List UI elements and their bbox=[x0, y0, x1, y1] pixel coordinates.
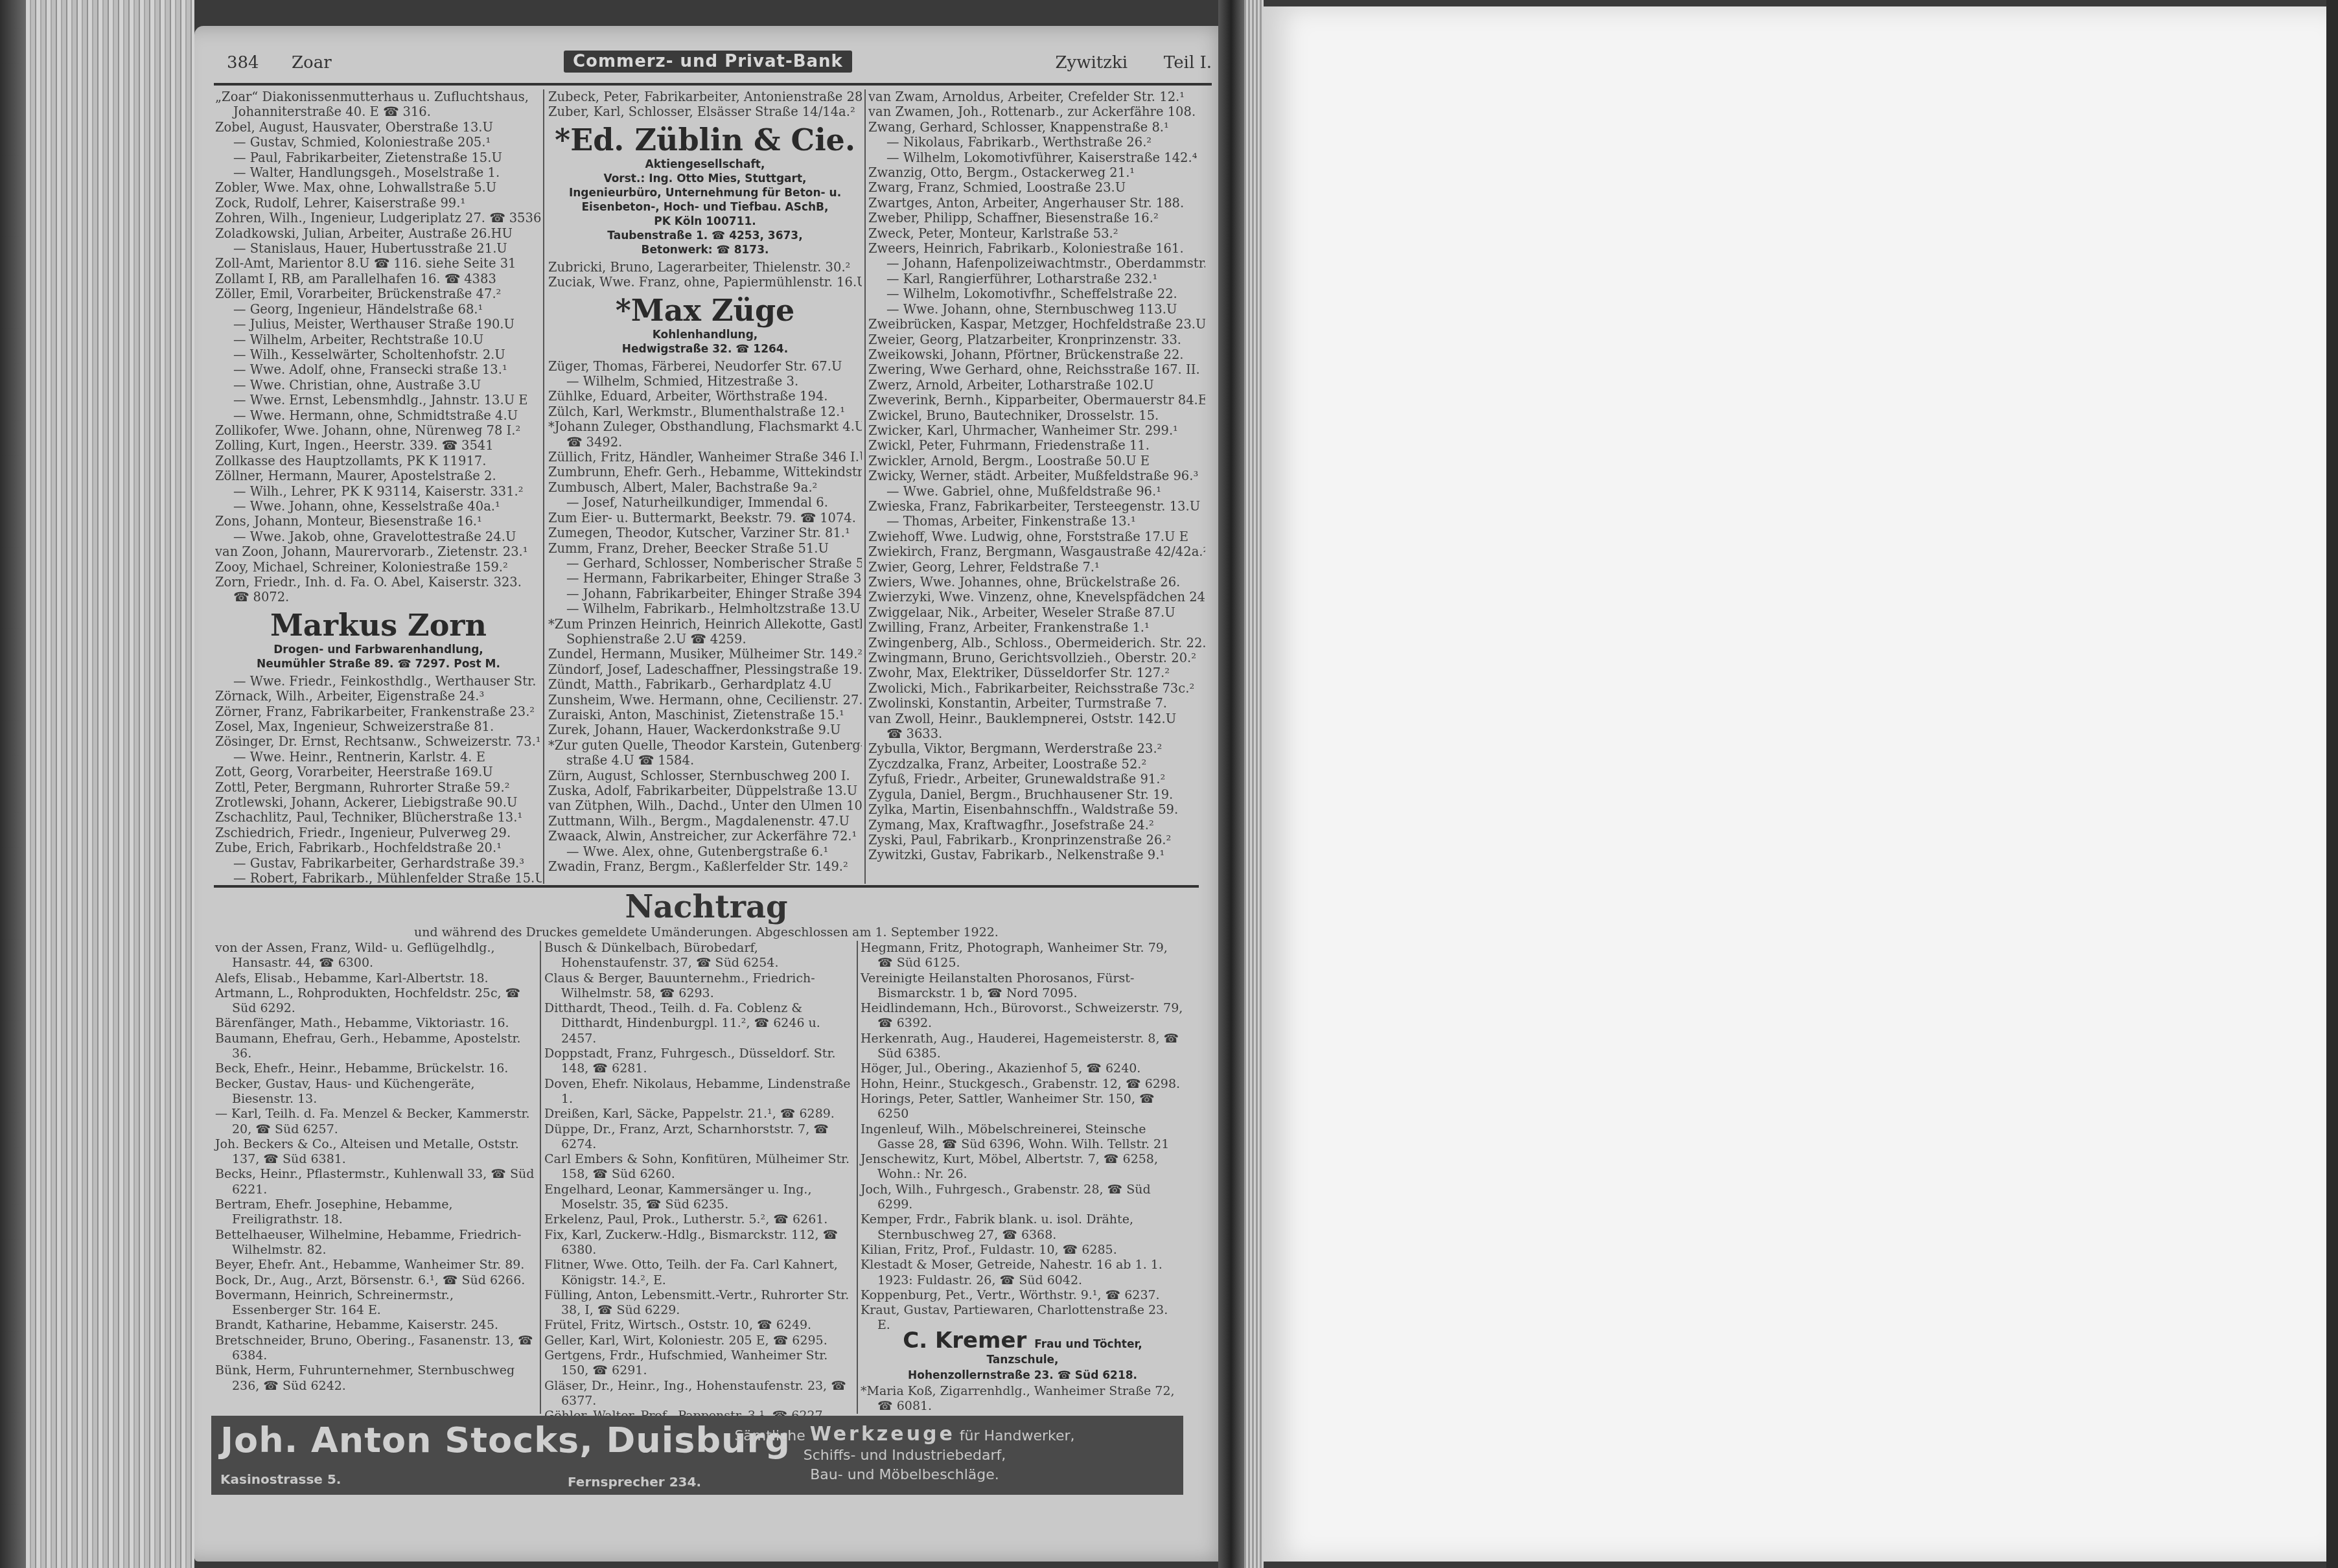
ad-services-line2: Schiffs- und Industriebedarf, bbox=[804, 1447, 1006, 1464]
directory-entry: — Wilhelm, Arbeiter, Rechtstraße 10.U bbox=[215, 332, 542, 347]
directory-entry: — Walter, Handlungsgeh., Moselstraße 1. bbox=[215, 165, 542, 180]
nachtrag-entry: Bünk, Herm, Fuhrunternehmer, Sternbuschw… bbox=[215, 1363, 535, 1394]
ad-line: Hohenzollernstraße 23. ☎ Süd 6218. bbox=[908, 1369, 1137, 1382]
directory-entry: — Paul, Fabrikarbeiter, Zietenstraße 15.… bbox=[215, 150, 542, 165]
directory-entry: Zösinger, Dr. Ernst, Rechtsanw., Schweiz… bbox=[215, 734, 542, 749]
directory-entry: Zollkasse des Hauptzollamts, PK K 11917. bbox=[215, 454, 542, 468]
directory-entry: Zöllner, Hermann, Maurer, Apostelstraße … bbox=[215, 468, 542, 483]
nachtrag-column-2: Busch & Dünkelbach, Bürobedarf, Hohensta… bbox=[544, 941, 854, 1424]
directory-entry: Zwolinski, Konstantin, Arbeiter, Turmstr… bbox=[868, 696, 1205, 711]
directory-entry: Zühlke, Eduard, Arbeiter, Wörthstraße 19… bbox=[548, 389, 862, 404]
nachtrag-entry: Claus & Berger, Bauunternehm., Friedrich… bbox=[544, 971, 854, 1002]
nachtrag-entry: Erkelenz, Paul, Prok., Lutherstr. 5.², ☎… bbox=[544, 1212, 854, 1227]
ad-line: Neumühler Straße 89. ☎ 7297. Post M. bbox=[215, 657, 542, 671]
directory-entry: — Wwe. Christian, ohne, Austraße 3.U bbox=[215, 378, 542, 393]
ad-services-line3: Bau- und Möbelbeschläge. bbox=[810, 1467, 999, 1483]
book-page-edges bbox=[0, 0, 194, 1568]
directory-entry: — Gerhard, Schlosser, Nomberischer Straß… bbox=[548, 556, 862, 571]
directory-entry: — Wwe. Alex, ohne, Gutenbergstraße 6.¹ bbox=[548, 844, 862, 859]
directory-entry: Zumbusch, Albert, Maler, Bachstraße 9a.² bbox=[548, 480, 862, 495]
nachtrag-entry: Horings, Peter, Sattler, Wanheimer Str. … bbox=[861, 1092, 1185, 1122]
directory-entry: — Wwe. Jakob, ohne, Gravelottestraße 24.… bbox=[215, 529, 542, 544]
bottom-advertisement: Joh. Anton Stocks, Duisburg Kasinostrass… bbox=[211, 1416, 1183, 1495]
ad-phone: Fernsprecher 234. bbox=[568, 1474, 701, 1490]
ad-title: C. Kremer bbox=[903, 1328, 1034, 1354]
directory-entry: *Zum Prinzen Heinrich, Heinrich Allekott… bbox=[548, 617, 862, 647]
nachtrag-entry: Fix, Karl, Zuckerw.-Hdlg., Bismarckstr. … bbox=[544, 1228, 854, 1258]
ad-firm-name: Joh. Anton Stocks, Duisburg bbox=[220, 1420, 791, 1460]
nachtrag-entry: Doven, Ehefr. Nikolaus, Hebamme, Lindens… bbox=[544, 1077, 854, 1107]
nachtrag-entry: Klestadt & Moser, Getreide, Nahestr. 16 … bbox=[861, 1258, 1185, 1288]
nachtrag-entry: von der Assen, Franz, Wild- u. Geflügelh… bbox=[215, 941, 535, 971]
directory-entry: Züger, Thomas, Färberei, Neudorfer Str. … bbox=[548, 359, 862, 374]
directory-entry: Zosel, Max, Ingenieur, Schweizerstraße 8… bbox=[215, 719, 542, 734]
nachtrag-entry: Hegmann, Fritz, Photograph, Wanheimer St… bbox=[861, 941, 1185, 971]
directory-entry: — Stanislaus, Hauer, Hubertusstraße 21.U bbox=[215, 241, 542, 256]
directory-entry: — Thomas, Arbeiter, Finkenstraße 13.¹ bbox=[868, 514, 1205, 529]
nachtrag-entry: Baumann, Ehefrau, Gerh., Hebamme, Aposte… bbox=[215, 1032, 535, 1062]
directory-entry: Zyczdzalka, Franz, Arbeiter, Loostraße 5… bbox=[868, 757, 1205, 772]
first-keyword: Zoar bbox=[292, 53, 332, 73]
directory-entry: — Hermann, Fabrikarbeiter, Ehinger Straß… bbox=[548, 571, 862, 586]
directory-column-2: Zubeck, Peter, Fabrikarbeiter, Antoniens… bbox=[548, 89, 862, 874]
nachtrag-entry: Artmann, L., Rohprodukten, Hochfeldstr. … bbox=[215, 986, 535, 1017]
ad-line: Ingenieurbüro, Unternehmung für Beton- u… bbox=[548, 186, 862, 200]
nachtrag-entry: Kemper, Frdr., Fabrik blank. u. isol. Dr… bbox=[861, 1212, 1185, 1243]
ad-line: Vorst.: Ing. Otto Mies, Stuttgart, bbox=[548, 172, 862, 186]
header-rule bbox=[214, 83, 1212, 86]
directory-entry: Zweikowski, Johann, Pförtner, Brückenstr… bbox=[868, 347, 1205, 362]
directory-entry: Zubeck, Peter, Fabrikarbeiter, Antoniens… bbox=[548, 89, 862, 104]
nachtrag-entry: Ingenleuf, Wilh., Möbelschreinerei, Stei… bbox=[861, 1122, 1185, 1153]
nachtrag-entry: Beck, Ehefr., Heinr., Hebamme, Brückelst… bbox=[215, 1061, 535, 1076]
ad-line: Aktiengesellschaft, bbox=[548, 157, 862, 172]
directory-entry: Zörnack, Wilh., Arbeiter, Eigenstraße 24… bbox=[215, 689, 542, 704]
directory-entry: Zwartges, Anton, Arbeiter, Angerhauser S… bbox=[868, 196, 1205, 211]
book-gutter bbox=[1218, 0, 1244, 1568]
nachtrag-entry: Düppe, Dr., Franz, Arzt, Scharnhorststr.… bbox=[544, 1122, 854, 1153]
directory-entry: Zweier, Georg, Platzarbeiter, Kronprinze… bbox=[868, 332, 1205, 347]
directory-entry: Zohren, Wilh., Ingenieur, Ludgeriplatz 2… bbox=[215, 211, 542, 225]
directory-entry: Zwohr, Max, Elektriker, Düsseldorfer Str… bbox=[868, 665, 1205, 680]
directory-entry: — Wilhelm, Fabrikarb., Helmholtzstraße 1… bbox=[548, 601, 862, 616]
directory-entry: Zwiehoff, Wwe. Ludwig, ohne, Forststraße… bbox=[868, 529, 1205, 544]
nachtrag-entry: Flitner, Wwe. Otto, Teilh. der Fa. Carl … bbox=[544, 1258, 854, 1288]
ad-title: *Ed. Züblin & Cie. bbox=[548, 122, 862, 157]
nachtrag-entry: Dreißen, Karl, Säcke, Pappelstr. 21.¹, ☎… bbox=[544, 1107, 854, 1122]
directory-entry: Zoladkowski, Julian, Arbeiter, Austraße … bbox=[215, 226, 542, 241]
entry-continuation: ☎ 8072. bbox=[215, 590, 542, 605]
entry-continuation: ☎ 3492. bbox=[548, 435, 862, 450]
column-divider bbox=[864, 89, 866, 884]
nachtrag-heading: Nachtrag bbox=[214, 889, 1199, 925]
directory-entry: — Georg, Ingenieur, Händelstraße 68.¹ bbox=[215, 302, 542, 317]
ad-services-pre: Sämtliche bbox=[734, 1428, 805, 1444]
directory-entry: Zwang, Gerhard, Schlosser, Knappenstraße… bbox=[868, 120, 1205, 135]
directory-entry: Zrotlewski, Johann, Ackerer, Liebigstraß… bbox=[215, 795, 542, 810]
nachtrag-entry: Becks, Heinr., Pflastermstr., Kuhlenwall… bbox=[215, 1167, 535, 1197]
nachtrag-entry: Bretschneider, Bruno, Obering., Fasanens… bbox=[215, 1333, 535, 1364]
ad-services-bold: Werkzeuge bbox=[810, 1423, 955, 1446]
directory-entry: Zuciak, Wwe. Franz, ohne, Papiermühlenst… bbox=[548, 275, 862, 290]
directory-entry: Zschiedrich, Friedr., Ingenieur, Pulverw… bbox=[215, 825, 542, 840]
directory-entry: Zwicker, Karl, Uhrmacher, Wanheimer Str.… bbox=[868, 423, 1205, 438]
right-page-blank bbox=[1264, 6, 2326, 1562]
ad-services: Sämtliche Werkzeuge für Handwerker, Schi… bbox=[723, 1425, 1086, 1485]
nachtrag-entry: Joh. Beckers & Co., Alteisen und Metalle… bbox=[215, 1137, 535, 1168]
ad-line: Frau und Töchter, bbox=[1034, 1338, 1142, 1351]
nachtrag-column-1: von der Assen, Franz, Wild- u. Geflügelh… bbox=[215, 941, 535, 1394]
ad-line: PK Köln 100711. bbox=[548, 214, 862, 229]
directory-entry: Zooy, Michael, Schreiner, Koloniestraße … bbox=[215, 560, 542, 575]
directory-entry: — Wwe. Johann, ohne, Sternbuschweg 113.U bbox=[868, 302, 1205, 317]
scan-border bbox=[2326, 0, 2338, 1568]
nachtrag-entry: Alefs, Elisab., Hebamme, Karl-Albertstr.… bbox=[215, 971, 535, 986]
directory-entry: Zöller, Emil, Vorarbeiter, Brückenstraße… bbox=[215, 286, 542, 301]
nachtrag-entry: Beyer, Ehefr. Ant., Hebamme, Wanheimer S… bbox=[215, 1258, 535, 1273]
display-advertisement: *Ed. Züblin & Cie.Aktiengesellschaft,Vor… bbox=[548, 122, 862, 257]
directory-entry: Zock, Rudolf, Lehrer, Kaiserstraße 99.¹ bbox=[215, 196, 542, 211]
directory-entry: Zollikofer, Wwe. Johann, ohne, Nürenweg … bbox=[215, 423, 542, 438]
directory-entry: Zollamt I, RB, am Parallelhafen 16. ☎ 43… bbox=[215, 271, 542, 286]
page-number: 384 bbox=[227, 53, 259, 73]
directory-entry: Zwerz, Arnold, Arbeiter, Lotharstraße 10… bbox=[868, 378, 1205, 393]
directory-entry: — Wilhelm, Lokomotivführer, Kaiserstraße… bbox=[868, 150, 1205, 165]
directory-entry: — Wwe. Gabriel, ohne, Mußfeldstraße 96.¹ bbox=[868, 484, 1205, 499]
directory-entry: Zons, Johann, Monteur, Biesenstraße 16.¹ bbox=[215, 514, 542, 529]
directory-entry: van Zütphen, Wilh., Dachd., Unter den Ul… bbox=[548, 798, 862, 813]
directory-entry: — Karl, Rangierführer, Lotharstraße 232.… bbox=[868, 271, 1205, 286]
nachtrag-entry: Frütel, Fritz, Wirtsch., Oststr. 10, ☎ 6… bbox=[544, 1318, 854, 1333]
nachtrag-entry: Herkenrath, Aug., Hauderei, Hagemeisters… bbox=[861, 1032, 1185, 1062]
directory-entry: Zylka, Martin, Eisenbahnschffn., Waldstr… bbox=[868, 802, 1205, 817]
nachtrag-entry: Joch, Wilh., Fuhrgesch., Grabenstr. 28, … bbox=[861, 1182, 1185, 1213]
nachtrag-entry: Engelhard, Leonar, Kammersänger u. Ing.,… bbox=[544, 1182, 854, 1213]
nachtrag-entry: Bärenfänger, Math., Hebamme, Viktoriastr… bbox=[215, 1016, 535, 1031]
part-label: Teil I. bbox=[1164, 53, 1212, 73]
directory-entry: Zorn, Friedr., Inh. d. Fa. O. Abel, Kais… bbox=[215, 575, 542, 605]
nachtrag-entry: Heidlindemann, Hch., Bürovorst., Schweiz… bbox=[861, 1001, 1185, 1032]
nachtrag-entry: Geller, Karl, Wirt, Koloniestr. 205 E, ☎… bbox=[544, 1333, 854, 1348]
directory-entry: Zottl, Peter, Bergmann, Ruhrorter Straße… bbox=[215, 780, 542, 795]
directory-entry: Zwingmann, Bruno, Gerichtsvollzieh., Obe… bbox=[868, 651, 1205, 665]
directory-entry: van Zoon, Johann, Maurervorarb., Zietens… bbox=[215, 544, 542, 559]
directory-column-1: „Zoar“ Diakonissenmutterhaus u. Zuflucht… bbox=[215, 89, 542, 886]
directory-entry: Zwiers, Wwe. Johannes, ohne, Brückelstra… bbox=[868, 575, 1205, 590]
nachtrag-entry: Fülling, Anton, Lebensmitt.-Vertr., Ruhr… bbox=[544, 1288, 854, 1319]
directory-entry: van Zwamen, Joh., Rottenarb., zur Ackerf… bbox=[868, 104, 1205, 119]
directory-entry: — Wwe. Heinr., Rentnerin, Karlstr. 4. E bbox=[215, 750, 542, 765]
nachtrag-entry: Gertgens, Frdr., Hufschmied, Wanheimer S… bbox=[544, 1348, 854, 1379]
directory-entry: Zweverink, Bernh., Kipparbeiter, Obermau… bbox=[868, 393, 1205, 408]
entry-continuation: ☎ 3633. bbox=[868, 726, 1205, 741]
directory-entry: van Zwam, Arnoldus, Arbeiter, Crefelder … bbox=[868, 89, 1205, 104]
directory-entry: — Wwe. Hermann, ohne, Schmidtstraße 4.U bbox=[215, 408, 542, 423]
directory-entry: *Johann Zuleger, Obsthandlung, Flachsmar… bbox=[548, 419, 862, 450]
directory-entry: Zwickl, Peter, Fuhrmann, Friedenstraße 1… bbox=[868, 438, 1205, 453]
directory-entry: — Johann, Hafenpolizeiwachtmstr., Oberda… bbox=[868, 256, 1205, 271]
page-header: 384 Zoar Commerz- und Privat-Bank Zywitz… bbox=[227, 53, 1212, 86]
section-rule bbox=[214, 885, 1199, 888]
ad-title: Markus Zorn bbox=[215, 608, 542, 643]
directory-entry: Zoll-Amt, Marientor 8.U ☎ 116. siehe Sei… bbox=[215, 256, 542, 271]
directory-entry: Zywitzki, Gustav, Fabrikarb., Nelkenstra… bbox=[868, 847, 1205, 862]
directory-entry: Zörner, Franz, Fabrikarbeiter, Frankenst… bbox=[215, 704, 542, 719]
directory-entry: Zyski, Paul, Fabrikarb., Kronprinzenstra… bbox=[868, 833, 1205, 847]
directory-entry: Zobler, Wwe. Max, ohne, Lohwallstraße 5.… bbox=[215, 180, 542, 195]
directory-entry: — Wilh., Lehrer, PK K 93114, Kaiserstr. … bbox=[215, 484, 542, 499]
nachtrag-entry: Koppenburg, Pet., Vertr., Wörthstr. 9.¹,… bbox=[861, 1288, 1185, 1303]
directory-entry: Zwolicki, Mich., Fabrikarbeiter, Reichss… bbox=[868, 681, 1205, 696]
directory-entry: Zumm, Franz, Dreher, Beecker Straße 51.U bbox=[548, 541, 862, 556]
directory-entry: Zuska, Adolf, Fabrikarbeiter, Düppelstra… bbox=[548, 783, 862, 798]
directory-entry: Zwingenberg, Alb., Schloss., Obermeideri… bbox=[868, 636, 1205, 651]
ad-address: Kasinostrasse 5. bbox=[220, 1471, 341, 1487]
directory-entry: Zündt, Matth., Fabrikarb., Gerhardplatz … bbox=[548, 677, 862, 692]
directory-entry: Zschachlitz, Paul, Techniker, Blücherstr… bbox=[215, 810, 542, 825]
directory-entry: Zott, Georg, Vorarbeiter, Heerstraße 169… bbox=[215, 765, 542, 779]
column-divider bbox=[540, 941, 541, 1414]
directory-entry: Zweber, Philipp, Schaffner, Biesenstraße… bbox=[868, 211, 1205, 225]
nachtrag-entry: Höger, Jul., Obering., Akazienhof 5, ☎ 6… bbox=[861, 1061, 1185, 1076]
ad-line: Drogen- und Farbwarenhandlung, bbox=[215, 643, 542, 657]
nachtrag-entry: Bock, Dr., Aug., Arzt, Börsenstr. 6.¹, ☎… bbox=[215, 1273, 535, 1288]
directory-entry: Zybulla, Viktor, Bergmann, Werderstraße … bbox=[868, 741, 1205, 756]
display-advertisement: Markus ZornDrogen- und Farbwarenhandlung… bbox=[215, 608, 542, 671]
directory-entry: Zwieska, Franz, Fabrikarbeiter, Tersteeg… bbox=[868, 499, 1205, 514]
directory-entry: *Zur guten Quelle, Theodor Karstein, Gut… bbox=[548, 738, 862, 768]
directory-entry: Zyfuß, Friedr., Arbeiter, Grunewaldstraß… bbox=[868, 772, 1205, 787]
directory-entry: — Wwe. Ernst, Lebensmhdlg., Jahnstr. 13.… bbox=[215, 393, 542, 408]
directory-entry: Zwering, Wwe Gerhard, ohne, Reichsstraße… bbox=[868, 362, 1205, 377]
directory-entry: Zwiekirch, Franz, Bergmann, Wasgaustraße… bbox=[868, 544, 1205, 559]
directory-entry: Zuraiski, Anton, Maschinist, Zietenstraß… bbox=[548, 708, 862, 722]
display-advertisement: C. Kremer Frau und Töchter,Tanzschule,Ho… bbox=[861, 1333, 1185, 1384]
directory-entry: Zwier, Georg, Lehrer, Feldstraße 7.¹ bbox=[868, 560, 1205, 575]
directory-entry: — Wwe. Johann, ohne, Kesselstraße 40a.¹ bbox=[215, 499, 542, 514]
directory-entry: — Julius, Meister, Werthauser Straße 190… bbox=[215, 317, 542, 332]
column-divider bbox=[857, 941, 858, 1414]
directory-entry: Zundel, Hermann, Musiker, Mülheimer Str.… bbox=[548, 647, 862, 662]
last-keyword: Zywitzki bbox=[1055, 53, 1128, 73]
entry-continuation: Johanniterstraße 40. E ☎ 316. bbox=[215, 104, 542, 119]
nachtrag-entry: Carl Embers & Sohn, Konfitüren, Mülheime… bbox=[544, 1152, 854, 1182]
directory-entry: Zülch, Karl, Werkmstr., Blumenthalstraße… bbox=[548, 404, 862, 419]
directory-entry: Zwickler, Arnold, Bergm., Loostraße 50.U… bbox=[868, 454, 1205, 468]
directory-entry: Zube, Erich, Fabrikarb., Hochfeldstraße … bbox=[215, 840, 542, 855]
ad-services-post: für Handwerker, bbox=[960, 1428, 1075, 1444]
display-advertisement: *Max ZügeKohlenhandlung,Hedwigstraße 32.… bbox=[548, 293, 862, 356]
directory-entry: Zwanzig, Otto, Bergm., Ostackerweg 21.¹ bbox=[868, 165, 1205, 180]
nachtrag-entry: Jenschewitz, Kurt, Möbel, Albertstr. 7, … bbox=[861, 1152, 1185, 1182]
directory-entry: Zwiggelaar, Nik., Arbeiter, Weseler Stra… bbox=[868, 605, 1205, 620]
nachtrag-entry: *Maria Koß, Zigarrenhdlg., Wanheimer Str… bbox=[861, 1384, 1185, 1414]
nachtrag-entry: Vereinigte Heilanstalten Phorosanos, Für… bbox=[861, 971, 1185, 1002]
nachtrag-entry: Bovermann, Heinrich, Schreinermstr., Ess… bbox=[215, 1288, 535, 1319]
column-divider bbox=[543, 89, 544, 884]
ad-line: Hedwigstraße 32. ☎ 1264. bbox=[548, 342, 862, 356]
nachtrag-entry: Brandt, Katharine, Hebamme, Kaiserstr. 2… bbox=[215, 1318, 535, 1333]
directory-entry: Zwilling, Franz, Arbeiter, Frankenstraße… bbox=[868, 620, 1205, 635]
ad-line: Kohlenhandlung, bbox=[548, 328, 862, 342]
directory-entry: Zweck, Peter, Monteur, Karlstraße 53.² bbox=[868, 226, 1205, 241]
directory-entry: Zwaack, Alwin, Anstreicher, zur Ackerfäh… bbox=[548, 829, 862, 844]
directory-entry: Zweers, Heinrich, Fabrikarb., Koloniestr… bbox=[868, 241, 1205, 256]
directory-entry: „Zoar“ Diakonissenmutterhaus u. Zuflucht… bbox=[215, 89, 542, 120]
directory-entry: Züllich, Fritz, Händler, Wanheimer Straß… bbox=[548, 450, 862, 465]
directory-entry: Zwicky, Werner, städt. Arbeiter, Mußfeld… bbox=[868, 468, 1205, 483]
directory-entry: — Gustav, Fabrikarbeiter, Gerhardstraße … bbox=[215, 856, 542, 871]
directory-entry: Zwarg, Franz, Schmied, Loostraße 23.U bbox=[868, 180, 1205, 195]
nachtrag-entry: Kilian, Fritz, Prof., Fuldastr. 10, ☎ 62… bbox=[861, 1243, 1185, 1258]
directory-entry: Zum Eier- u. Buttermarkt, Beekstr. 79. ☎… bbox=[548, 511, 862, 525]
directory-entry: — Gustav, Schmied, Koloniestraße 205.¹ bbox=[215, 135, 542, 150]
nachtrag-entry: Ditthardt, Theod., Teilh. d. Fa. Coblenz… bbox=[544, 1001, 854, 1046]
nachtrag-entry: Bertram, Ehefr. Josephine, Hebamme, Frei… bbox=[215, 1197, 535, 1228]
directory-entry: — Johann, Fabrikarbeiter, Ehinger Straße… bbox=[548, 586, 862, 601]
directory-entry: Zurek, Johann, Hauer, Wackerdonkstraße 9… bbox=[548, 722, 862, 737]
directory-entry: Zolling, Kurt, Ingen., Heerstr. 339. ☎ 3… bbox=[215, 438, 542, 453]
directory-entry: van Zwoll, Heinr., Bauklempnerei, Oststr… bbox=[868, 711, 1205, 742]
directory-entry: — Robert, Fabrikarb., Mühlenfelder Straß… bbox=[215, 871, 542, 886]
nachtrag-entry: Gläser, Dr., Heinr., Ing., Hohenstaufens… bbox=[544, 1379, 854, 1409]
nachtrag-column-3: Hegmann, Fritz, Photograph, Wanheimer St… bbox=[861, 941, 1185, 1414]
entry-continuation: straße 4.U ☎ 1584. bbox=[548, 753, 862, 768]
nachtrag-entry: Becker, Gustav, Haus- und Küchengeräte, … bbox=[215, 1077, 535, 1107]
directory-entry: Zubricki, Bruno, Lagerarbeiter, Thielens… bbox=[548, 260, 862, 275]
nachtrag-entry: Hohn, Heinr., Stuckgesch., Grabenstr. 12… bbox=[861, 1077, 1185, 1092]
directory-entry: — Wilhelm, Lokomotivfhr., Scheffelstraße… bbox=[868, 286, 1205, 301]
directory-entry: Zumegen, Theodor, Kutscher, Varziner Str… bbox=[548, 525, 862, 540]
directory-entry: Zumbrunn, Ehefr. Gerh., Hebamme, Witteki… bbox=[548, 465, 862, 479]
directory-entry: Zweibrücken, Kaspar, Metzger, Hochfeldst… bbox=[868, 317, 1205, 332]
ad-title: *Max Züge bbox=[548, 293, 862, 328]
nachtrag-entry: Bettelhaeuser, Wilhelmine, Hebamme, Frie… bbox=[215, 1228, 535, 1258]
nachtrag-entry: Doppstadt, Franz, Fuhrgesch., Düsseldorf… bbox=[544, 1046, 854, 1077]
directory-entry: Zunsheim, Wwe. Hermann, ohne, Cecilienst… bbox=[548, 693, 862, 708]
ad-line: Betonwerk: ☎ 8173. bbox=[548, 243, 862, 257]
directory-entry: Zwadin, Franz, Bergm., Kaßlerfelder Str.… bbox=[548, 859, 862, 874]
directory-entry: Zwickel, Bruno, Bautechniker, Drosselstr… bbox=[868, 408, 1205, 423]
directory-entry: Zürn, August, Schlosser, Sternbuschweg 2… bbox=[548, 768, 862, 783]
entry-continuation: Sophienstraße 2.U ☎ 4259. bbox=[548, 632, 862, 647]
nachtrag-entry: — Karl, Teilh. d. Fa. Menzel & Becker, K… bbox=[215, 1107, 535, 1137]
nachtrag-subtitle: und während des Druckes gemeldete Umände… bbox=[214, 925, 1199, 940]
directory-entry: Zuttmann, Wilh., Bergm., Magdalenenstr. … bbox=[548, 814, 862, 829]
ad-line: Taubenstraße 1. ☎ 4253, 3673, bbox=[548, 229, 862, 243]
directory-entry: — Wilhelm, Schmied, Hitzestraße 3. bbox=[548, 374, 862, 389]
directory-entry: Zobel, August, Hausvater, Oberstraße 13.… bbox=[215, 120, 542, 135]
directory-column-3: van Zwam, Arnoldus, Arbeiter, Crefelder … bbox=[868, 89, 1205, 863]
right-page-edges bbox=[1244, 0, 1264, 1568]
directory-entry: Zuber, Karl, Schlosser, Elsässer Straße … bbox=[548, 104, 862, 119]
ad-line: Eisenbeton-, Hoch- und Tiefbau. ASchB, bbox=[548, 200, 862, 214]
directory-entry: — Wwe. Friedr., Feinkosthdlg., Werthause… bbox=[215, 674, 542, 689]
directory-entry: — Wwe. Adolf, ohne, Fransecki straße 13.… bbox=[215, 362, 542, 377]
directory-entry: — Wilh., Kesselwärter, Scholtenhofstr. 2… bbox=[215, 347, 542, 362]
directory-entry: Zygula, Daniel, Bergm., Bruchhausener St… bbox=[868, 787, 1205, 802]
directory-entry: Zymang, Max, Kraftwagfhr., Josefstraße 2… bbox=[868, 818, 1205, 833]
directory-entry: — Josef, Naturheilkundiger, Immendal 6. bbox=[548, 495, 862, 510]
directory-entry: Zündorf, Josef, Ladeschaffner, Plessings… bbox=[548, 662, 862, 677]
nachtrag-entry: Busch & Dünkelbach, Bürobedarf, Hohensta… bbox=[544, 941, 854, 971]
directory-entry: Zwierzyki, Wwe. Vinzenz, ohne, Knevelspf… bbox=[868, 590, 1205, 605]
header-banner-ad: Commerz- und Privat-Bank bbox=[564, 51, 852, 73]
ad-line: Tanzschule, bbox=[986, 1354, 1058, 1366]
directory-entry: — Nikolaus, Fabrikarb., Werthstraße 26.² bbox=[868, 135, 1205, 150]
